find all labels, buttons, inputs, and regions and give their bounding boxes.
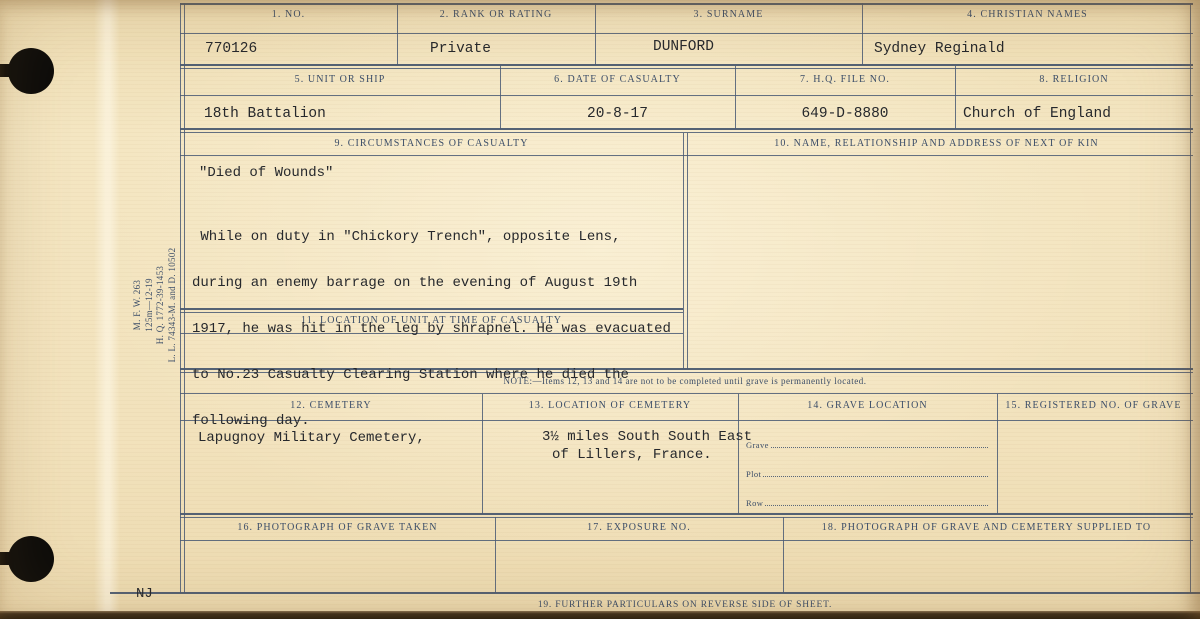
grave-row: Plot xyxy=(746,467,988,479)
annotation-initials: NJ xyxy=(136,586,153,602)
footer-line: 19. FURTHER PARTICULARS ON REVERSE SIDE … xyxy=(180,600,1190,610)
dotted-leader xyxy=(763,476,988,477)
field-religion-value: Church of England xyxy=(963,106,1111,122)
field-no-value: 770126 xyxy=(205,41,257,57)
field-cemetery-value: Lapugnoy Military Cemetery, xyxy=(198,430,425,446)
circumstances-line: to No.23 Casualty Clearing Station where… xyxy=(192,369,671,383)
field-no-label: 1. NO. xyxy=(180,9,397,20)
grid-line xyxy=(738,394,739,514)
grave-row-label: Row xyxy=(746,498,763,508)
field-next-of-kin-label: 10. NAME, RELATIONSHIP AND ADDRESS OF NE… xyxy=(683,138,1190,149)
dotted-leader xyxy=(771,447,988,448)
field-photo-supplied-label: 18. PHOTOGRAPH OF GRAVE AND CEMETERY SUP… xyxy=(783,522,1190,533)
circumstances-text: While on duty in "Chickory Trench", oppo… xyxy=(192,199,671,461)
grid-line xyxy=(180,95,1193,96)
grid-line xyxy=(687,133,688,369)
field-rank-value: Private xyxy=(430,41,491,57)
field-unit-value: 18th Battalion xyxy=(204,106,326,122)
circumstances-title: "Died of Wounds" xyxy=(199,165,333,181)
grid-line xyxy=(1190,3,1191,593)
grid-line xyxy=(180,540,1193,541)
field-christian-names-value: Sydney Reginald xyxy=(874,41,1005,57)
casualty-record-card: 1. NO. 2. RANK OR RATING 3. SURNAME 4. C… xyxy=(0,0,1200,619)
grid-line xyxy=(180,3,181,593)
field-registered-no-label: 15. REGISTERED NO. OF GRAVE xyxy=(997,400,1190,411)
field-date-of-casualty-value: 20-8-17 xyxy=(500,106,735,122)
field-rank-label: 2. RANK OR RATING xyxy=(397,9,595,20)
field-surname-value: DUNFORD xyxy=(653,39,714,55)
printer-stamp-line: H. Q. 1772-39-1453 xyxy=(155,240,167,370)
circumstances-line: during an enemy barrage on the evening o… xyxy=(192,277,671,291)
grave-row-label: Grave xyxy=(746,440,769,450)
grave-row: Row xyxy=(746,496,988,508)
field-photo-taken-label: 16. PHOTOGRAPH OF GRAVE TAKEN xyxy=(180,522,495,533)
grid-line xyxy=(180,64,1193,66)
field-cemetery-location-line2: of Lillers, France. xyxy=(552,447,712,463)
dotted-leader xyxy=(765,505,988,506)
field-christian-names-label: 4. CHRISTIAN NAMES xyxy=(862,9,1193,20)
grid-line xyxy=(180,128,1193,130)
grid-line xyxy=(180,68,1193,69)
punch-stem-bottom xyxy=(0,552,26,565)
circumstances-line: following day. xyxy=(192,415,671,429)
grid-line xyxy=(180,33,1193,34)
circumstances-line: While on duty in "Chickory Trench", oppo… xyxy=(192,231,671,245)
grid-line xyxy=(180,3,1193,5)
printer-stamp-line: L. L. 74343-M. and D. 10502 xyxy=(167,240,179,370)
grave-row: Grave xyxy=(746,438,988,450)
field-religion-label: 8. RELIGION xyxy=(955,74,1193,85)
field-circumstances-label: 9. CIRCUMSTANCES OF CASUALTY xyxy=(180,138,683,149)
field-hq-file-no-value: 649-D-8880 xyxy=(735,106,955,122)
grid-line xyxy=(180,517,1193,518)
scan-seam xyxy=(94,0,120,619)
circumstances-line: 1917, he was hit in the leg by shrapnel.… xyxy=(192,323,671,337)
punch-stem-top xyxy=(0,64,26,77)
field-surname-label: 3. SURNAME xyxy=(595,9,862,20)
grid-line xyxy=(110,592,1200,594)
grid-line xyxy=(180,513,1193,515)
grave-row-label: Plot xyxy=(746,469,761,479)
field-exposure-no-label: 17. EXPOSURE NO. xyxy=(495,522,783,533)
scan-edge xyxy=(0,611,1200,619)
printer-stamp: M. F. W. 263 125m—12-19 H. Q. 1772-39-14… xyxy=(132,240,180,370)
field-hq-file-no-label: 7. H.Q. FILE NO. xyxy=(735,74,955,85)
grid-line xyxy=(997,394,998,514)
field-unit-label: 5. UNIT OR SHIP xyxy=(180,74,500,85)
field-cemetery-location-line1: 3½ miles South South East xyxy=(542,429,752,445)
printer-stamp-line: M. F. W. 263 xyxy=(132,240,144,370)
field-grave-location-label: 14. GRAVE LOCATION xyxy=(738,400,997,411)
printer-stamp-line: 125m—12-19 xyxy=(144,240,156,370)
grid-line xyxy=(683,133,684,369)
grid-line xyxy=(184,3,185,593)
field-date-of-casualty-label: 6. DATE OF CASUALTY xyxy=(500,74,735,85)
